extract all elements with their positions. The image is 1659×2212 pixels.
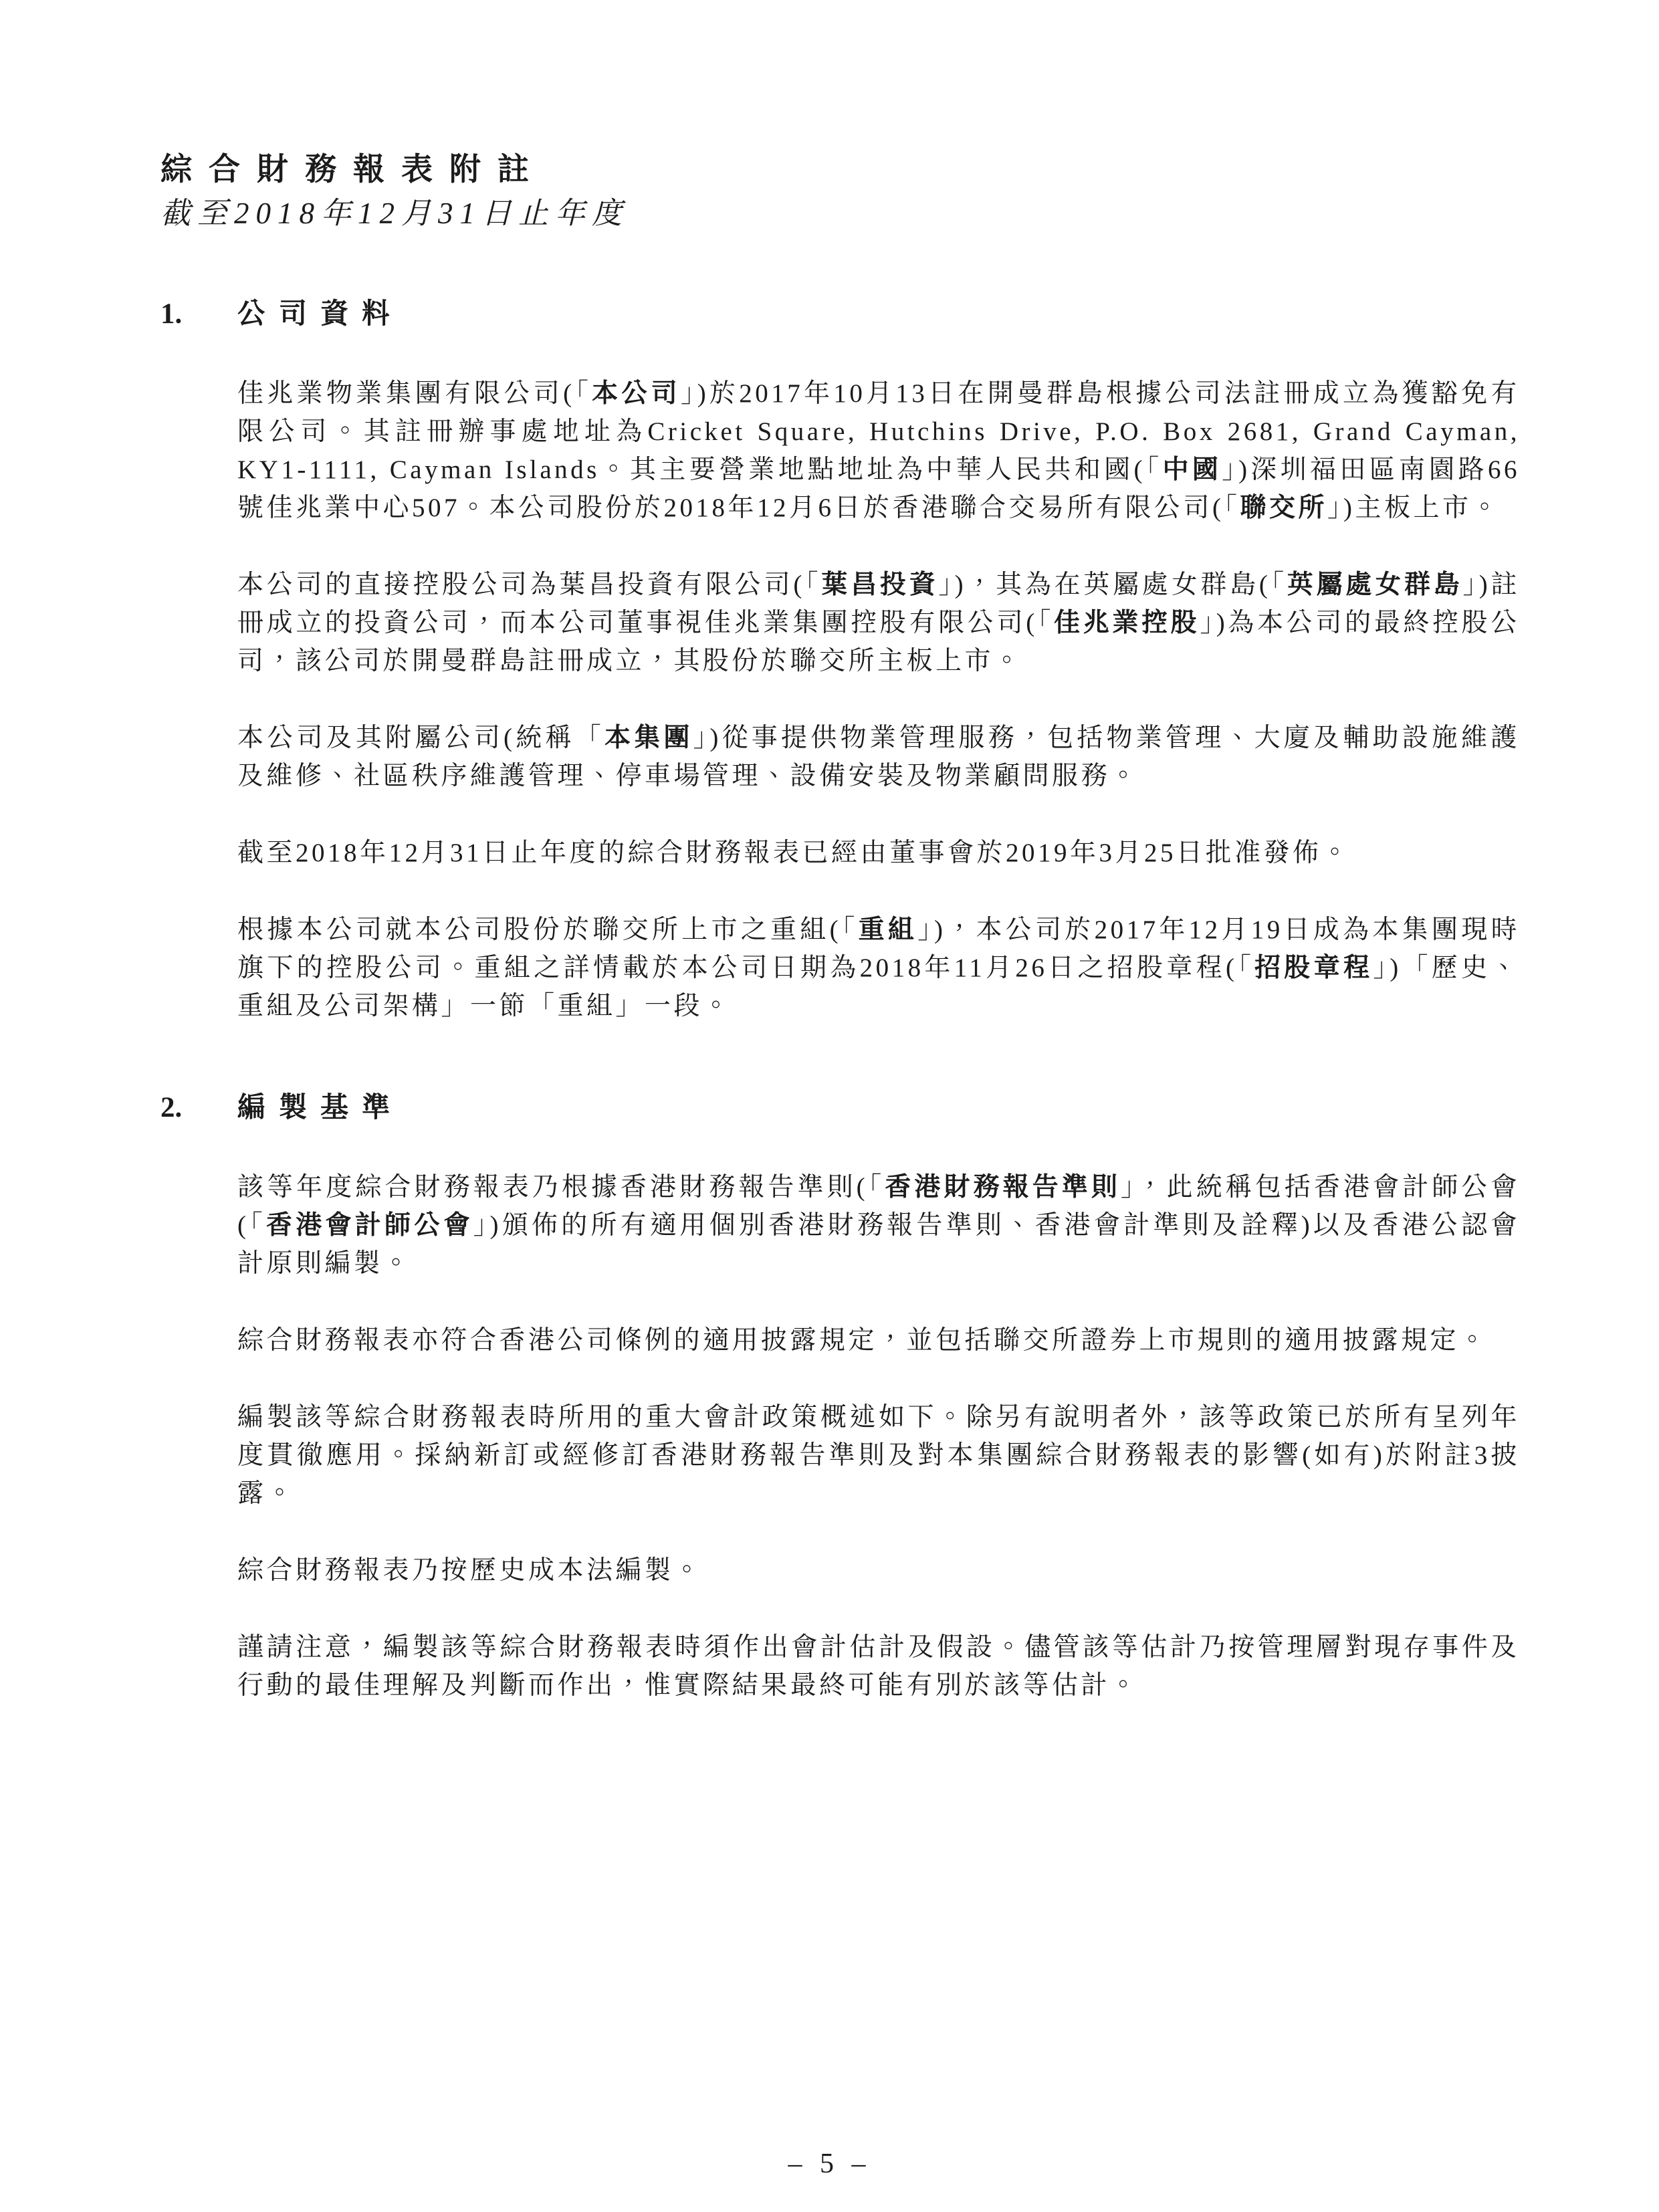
section-body: 該等年度綜合財務報表乃根據香港財務報告準則(「香港財務報告準則」，此統稱包括香港…	[237, 1168, 1520, 1704]
page-subtitle: 截至2018年12月31日止年度	[160, 197, 1520, 231]
text-run: 」)，其為在英屬處女群島(「	[938, 570, 1287, 599]
section-number: 2.	[160, 1091, 237, 1124]
section-heading-row: 1. 公司資料	[160, 292, 1520, 332]
section-company-information: 1. 公司資料 佳兆業物業集團有限公司(「本公司」)於2017年10月13日在開…	[160, 292, 1520, 1025]
defined-term: 招股章程	[1254, 954, 1373, 982]
section-heading: 編製基準	[237, 1085, 403, 1125]
text-run: 綜合財務報表亦符合香港公司條例的適用披露規定，並包括聯交所證券上市規則的適用披露…	[237, 1326, 1488, 1355]
paragraph: 綜合財務報表乃按歷史成本法編製。	[237, 1551, 1520, 1589]
section-basis-of-preparation: 2. 編製基準 該等年度綜合財務報表乃根據香港財務報告準則(「香港財務報告準則」…	[160, 1085, 1520, 1704]
defined-term: 本公司	[592, 379, 681, 408]
document-header: 綜合財務報表附註 截至2018年12月31日止年度	[160, 151, 1520, 231]
page-number: – 5 –	[0, 2148, 1659, 2180]
defined-term: 聯交所	[1240, 493, 1328, 522]
paragraph: 本公司及其附屬公司(統稱「本集團」)從事提供物業管理服務，包括物業管理、大廈及輔…	[237, 719, 1520, 795]
text-run: 佳兆業物業集團有限公司(「	[237, 379, 592, 408]
text-run: 根據本公司就本公司股份於聯交所上市之重組(「	[237, 915, 859, 944]
text-run: 謹請注意，編製該等綜合財務報表時須作出會計估計及假設。儘管該等估計乃按管理層對現…	[237, 1633, 1520, 1700]
section-body: 佳兆業物業集團有限公司(「本公司」)於2017年10月13日在開曼群島根據公司法…	[237, 374, 1520, 1025]
paragraph: 本公司的直接控股公司為葉昌投資有限公司(「葉昌投資」)，其為在英屬處女群島(「英…	[237, 566, 1520, 680]
defined-term: 英屬處女群島	[1287, 570, 1463, 599]
paragraph: 編製該等綜合財務報表時所用的重大會計政策概述如下。除另有說明者外，該等政策已於所…	[237, 1398, 1520, 1513]
section-number: 1.	[160, 298, 237, 330]
paragraph: 該等年度綜合財務報表乃根據香港財務報告準則(「香港財務報告準則」，此統稱包括香港…	[237, 1168, 1520, 1283]
text-run: 編製該等綜合財務報表時所用的重大會計政策概述如下。除另有說明者外，該等政策已於所…	[237, 1403, 1520, 1508]
defined-term: 佳兆業控股	[1054, 609, 1200, 637]
defined-term: 葉昌投資	[821, 570, 938, 599]
text-run: 綜合財務報表乃按歷史成本法編製。	[237, 1556, 703, 1585]
page-title: 綜合財務報表附註	[160, 151, 1520, 187]
document-page: 綜合財務報表附註 截至2018年12月31日止年度 1. 公司資料 佳兆業物業集…	[0, 0, 1659, 2212]
paragraph: 截至2018年12月31日止年度的綜合財務報表已經由董事會於2019年3月25日…	[237, 834, 1520, 872]
text-run: 本公司的直接控股公司為葉昌投資有限公司(「	[237, 570, 821, 599]
defined-term: 中國	[1163, 455, 1222, 484]
defined-term: 香港財務報告準則	[885, 1173, 1121, 1202]
section-heading-row: 2. 編製基準	[160, 1085, 1520, 1125]
defined-term: 香港會計師公會	[266, 1211, 473, 1240]
text-run: 截至2018年12月31日止年度的綜合財務報表已經由董事會於2019年3月25日…	[237, 839, 1351, 867]
defined-term: 重組	[859, 915, 918, 944]
paragraph: 謹請注意，編製該等綜合財務報表時須作出會計估計及假設。儘管該等估計乃按管理層對現…	[237, 1628, 1520, 1704]
section-heading: 公司資料	[237, 292, 403, 332]
text-run: 本公司及其附屬公司(統稱「	[237, 724, 604, 752]
paragraph: 佳兆業物業集團有限公司(「本公司」)於2017年10月13日在開曼群島根據公司法…	[237, 374, 1520, 527]
text-run: 」)主板上市。	[1327, 493, 1501, 522]
defined-term: 本集團	[604, 724, 693, 752]
paragraph: 根據本公司就本公司股份於聯交所上市之重組(「重組」)，本公司於2017年12月1…	[237, 911, 1520, 1025]
text-run: 該等年度綜合財務報表乃根據香港財務報告準則(「	[237, 1173, 885, 1202]
paragraph: 綜合財務報表亦符合香港公司條例的適用披露規定，並包括聯交所證券上市規則的適用披露…	[237, 1321, 1520, 1359]
